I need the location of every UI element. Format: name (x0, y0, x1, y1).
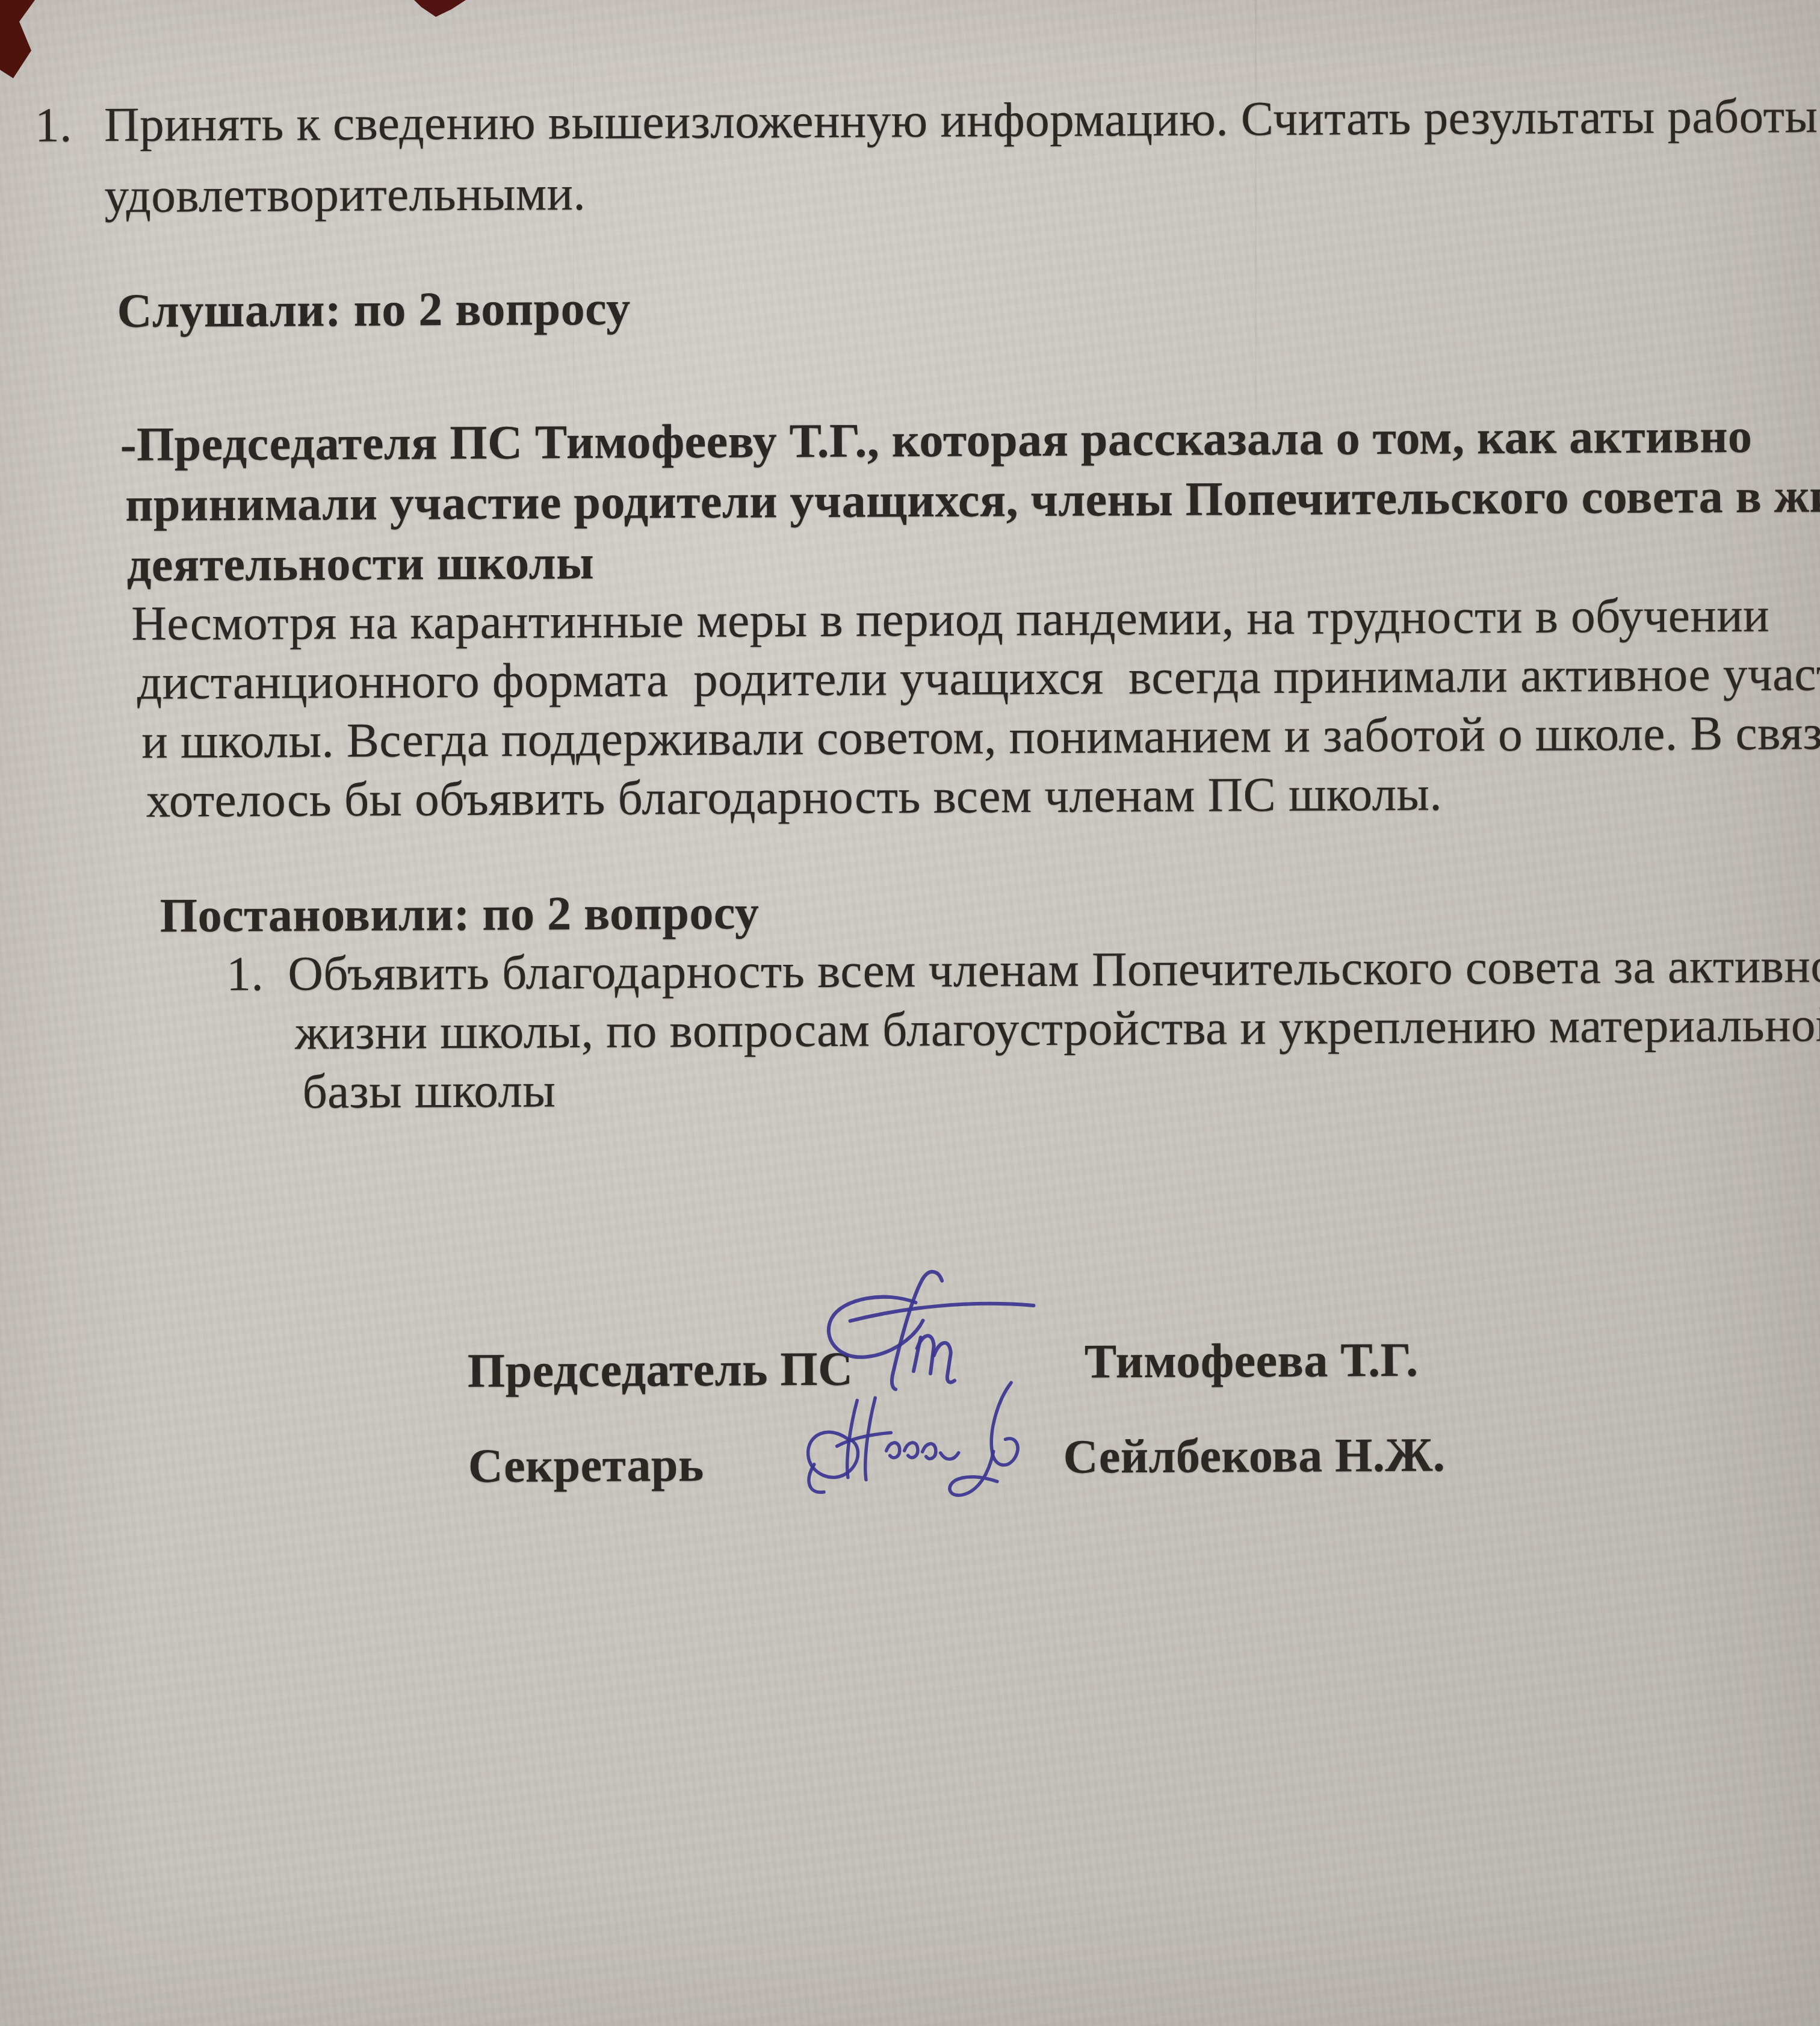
document-content: 1. Принять к сведению вышеизложенную инф… (0, 0, 1820, 2026)
resolved-line1: Объявить благодарность всем членам Попеч… (288, 940, 1820, 998)
speaker-line2: принимали участие родители учащихся, чле… (125, 471, 1820, 529)
body-line1: Несмотря на карантинные меры в период па… (131, 591, 1769, 648)
heard-heading: Слушали: по 2 вопросу (117, 285, 631, 335)
body-line3: и школы. Всегда поддерживали советом, по… (141, 708, 1820, 766)
body-line2: дистанционного формата родители учащихся… (137, 648, 1820, 707)
resolved-line2: жизни школы, по вопросам благоустройства… (295, 999, 1820, 1057)
item1-line1: Принять к сведению вышеизложенную информ… (104, 91, 1820, 149)
list-number: 1. (35, 101, 72, 149)
speaker-line1: -Председателя ПС Тимофееву Т.Г., которая… (120, 412, 1753, 469)
resolved-heading: Постановили: по 2 вопросу (160, 888, 760, 940)
resolved-number: 1. (226, 950, 264, 999)
chairman-name: Тимофеева Т.Г. (1085, 1336, 1419, 1386)
resolved-line3: базы школы (302, 1066, 556, 1116)
body-line4: хотелось бы объявить благодарность всем … (146, 769, 1443, 825)
scanned-protocol-photo: { "page": { "colors": { "paper": "#cbc7c… (0, 0, 1820, 2026)
secretary-name: Сейлбекова Н.Ж. (1063, 1431, 1445, 1481)
item1-line2: удовлетворительными. (104, 169, 586, 220)
speaker-line3: деятельности школы (127, 539, 595, 589)
secretary-role-label: Секретарь (468, 1441, 704, 1490)
secretary-signature (790, 1373, 1043, 1513)
